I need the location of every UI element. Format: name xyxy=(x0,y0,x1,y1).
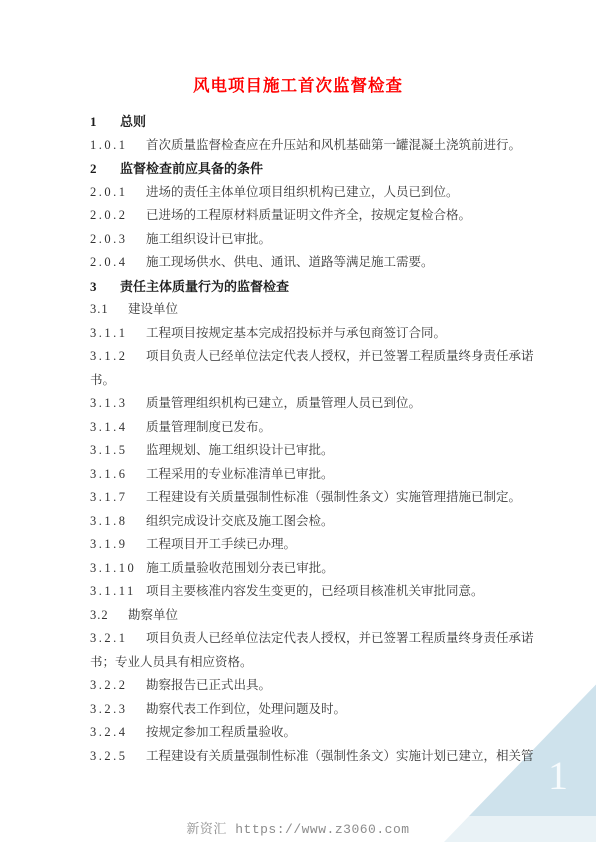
clause-3.1.4: 3.1.4质量管理制度已发布。 xyxy=(90,416,534,440)
clause-text: 项目负责人已经单位法定代表人授权，并已签署工程质量终身责任承诺书；专业人员具有相… xyxy=(90,631,534,669)
clause-number: 3.1.3 xyxy=(90,392,136,416)
clause-number: 3.1.7 xyxy=(90,486,136,510)
heading-1: 1总则 xyxy=(90,110,534,134)
clause-2.0.3: 2.0.3施工组织设计已审批。 xyxy=(90,228,534,252)
clause-number: 3.1.11 xyxy=(90,580,136,604)
clause-3.2.3: 3.2.3勘察代表工作到位，处理问题及时。 xyxy=(90,698,534,722)
clause-1.0.1: 1.0.1首次质量监督检查应在升压站和风机基础第一罐混凝土浇筑前进行。 xyxy=(90,134,534,158)
clause-text: 质量管理制度已发布。 xyxy=(146,420,271,434)
document-title: 风电项目施工首次监督检查 xyxy=(62,74,534,98)
clause-number: 3.2.4 xyxy=(90,721,136,745)
clause-number: 3.1.2 xyxy=(90,345,136,369)
clause-number: 3 xyxy=(90,275,104,299)
clause-3.1.2: 3.1.2项目负责人已经单位法定代表人授权，并已签署工程质量终身责任承诺书。 xyxy=(90,345,534,392)
clause-number: 1 xyxy=(90,110,104,134)
clause-number: 3.2 xyxy=(90,604,114,628)
clause-number: 3.1.1 xyxy=(90,322,136,346)
clause-list: 1总则1.0.1首次质量监督检查应在升压站和风机基础第一罐混凝土浇筑前进行。2监… xyxy=(90,110,534,768)
clause-text: 勘察单位 xyxy=(128,608,178,622)
clause-number: 3.1.10 xyxy=(90,557,136,581)
watermark-strip: 新资汇 https://www.z3060.com xyxy=(0,816,596,842)
clause-2.0.4: 2.0.4施工现场供水、供电、通讯、道路等满足施工需要。 xyxy=(90,251,534,275)
clause-number: 3.1.4 xyxy=(90,416,136,440)
clause-text: 勘察代表工作到位，处理问题及时。 xyxy=(146,702,346,716)
clause-number: 3.2.5 xyxy=(90,745,136,769)
clause-number: 2.0.3 xyxy=(90,228,136,252)
clause-3.1.6: 3.1.6工程采用的专业标准清单已审批。 xyxy=(90,463,534,487)
clause-3.1.10: 3.1.10施工质量验收范围划分表已审批。 xyxy=(90,557,534,581)
clause-3.1.9: 3.1.9工程项目开工手续已办理。 xyxy=(90,533,534,557)
clause-text: 工程项目开工手续已办理。 xyxy=(146,537,296,551)
clause-text: 施工质量验收范围划分表已审批。 xyxy=(146,561,334,575)
watermark-text: 新资汇 https://www.z3060.com xyxy=(186,818,409,837)
clause-text: 组织完成设计交底及施工图会检。 xyxy=(146,514,334,528)
clause-3.2.4: 3.2.4按规定参加工程质量验收。 xyxy=(90,721,534,745)
clause-3.1.11: 3.1.11项目主要核准内容发生变更的，已经项目核准机关审批同意。 xyxy=(90,580,534,604)
clause-text: 总则 xyxy=(120,114,146,129)
clause-text: 已进场的工程原材料质量证明文件齐全，按规定复检合格。 xyxy=(146,208,471,222)
clause-text: 质量管理组织机构已建立，质量管理人员已到位。 xyxy=(146,396,421,410)
heading-3.2: 3.2勘察单位 xyxy=(90,604,534,628)
clause-text: 勘察报告已正式出具。 xyxy=(146,678,271,692)
clause-3.1.1: 3.1.1工程项目按规定基本完成招投标并与承包商签订合同。 xyxy=(90,322,534,346)
clause-number: 3.2.3 xyxy=(90,698,136,722)
clause-number: 3.1.8 xyxy=(90,510,136,534)
clause-number: 3.1 xyxy=(90,298,114,322)
clause-text: 项目负责人已经单位法定代表人授权，并已签署工程质量终身责任承诺书。 xyxy=(90,349,534,387)
clause-number: 3.1.9 xyxy=(90,533,136,557)
document-page: 1 风电项目施工首次监督检查 1总则1.0.1首次质量监督检查应在升压站和风机基… xyxy=(0,0,596,842)
clause-number: 2 xyxy=(90,157,104,181)
clause-2.0.2: 2.0.2已进场的工程原材料质量证明文件齐全，按规定复检合格。 xyxy=(90,204,534,228)
clause-number: 2.0.4 xyxy=(90,251,136,275)
clause-3.1.5: 3.1.5监理规划、施工组织设计已审批。 xyxy=(90,439,534,463)
clause-text: 施工现场供水、供电、通讯、道路等满足施工需要。 xyxy=(146,255,434,269)
clause-text: 项目主要核准内容发生变更的，已经项目核准机关审批同意。 xyxy=(146,584,484,598)
clause-text: 工程建设有关质量强制性标准（强制性条文）实施计划已建立，相关管 xyxy=(146,749,534,763)
clause-number: 3.1.5 xyxy=(90,439,136,463)
clause-text: 建设单位 xyxy=(128,302,178,316)
clause-text: 监督检查前应具备的条件 xyxy=(120,161,263,176)
clause-text: 责任主体质量行为的监督检查 xyxy=(120,279,289,294)
heading-3.1: 3.1建设单位 xyxy=(90,298,534,322)
clause-text: 工程项目按规定基本完成招投标并与承包商签订合同。 xyxy=(146,326,446,340)
clause-text: 按规定参加工程质量验收。 xyxy=(146,725,296,739)
clause-3.2.5: 3.2.5工程建设有关质量强制性标准（强制性条文）实施计划已建立，相关管 xyxy=(90,745,534,769)
clause-3.1.8: 3.1.8组织完成设计交底及施工图会检。 xyxy=(90,510,534,534)
heading-3: 3责任主体质量行为的监督检查 xyxy=(90,275,534,299)
clause-text: 首次质量监督检查应在升压站和风机基础第一罐混凝土浇筑前进行。 xyxy=(146,138,521,152)
document-body: 风电项目施工首次监督检查 1总则1.0.1首次质量监督检查应在升压站和风机基础第… xyxy=(0,0,596,768)
clause-3.2.2: 3.2.2勘察报告已正式出具。 xyxy=(90,674,534,698)
clause-text: 监理规划、施工组织设计已审批。 xyxy=(146,443,334,457)
heading-2: 2监督检查前应具备的条件 xyxy=(90,157,534,181)
clause-text: 施工组织设计已审批。 xyxy=(146,232,271,246)
clause-number: 3.2.1 xyxy=(90,627,136,651)
clause-2.0.1: 2.0.1进场的责任主体单位项目组织机构已建立，人员已到位。 xyxy=(90,181,534,205)
clause-text: 工程建设有关质量强制性标准（强制性条文）实施管理措施已制定。 xyxy=(146,490,521,504)
clause-text: 进场的责任主体单位项目组织机构已建立，人员已到位。 xyxy=(146,185,459,199)
clause-number: 2.0.2 xyxy=(90,204,136,228)
clause-3.1.3: 3.1.3质量管理组织机构已建立，质量管理人员已到位。 xyxy=(90,392,534,416)
clause-number: 2.0.1 xyxy=(90,181,136,205)
clause-3.2.1: 3.2.1项目负责人已经单位法定代表人授权，并已签署工程质量终身责任承诺书；专业… xyxy=(90,627,534,674)
clause-text: 工程采用的专业标准清单已审批。 xyxy=(146,467,334,481)
clause-number: 3.2.2 xyxy=(90,674,136,698)
clause-number: 1.0.1 xyxy=(90,134,136,158)
clause-3.1.7: 3.1.7工程建设有关质量强制性标准（强制性条文）实施管理措施已制定。 xyxy=(90,486,534,510)
clause-number: 3.1.6 xyxy=(90,463,136,487)
